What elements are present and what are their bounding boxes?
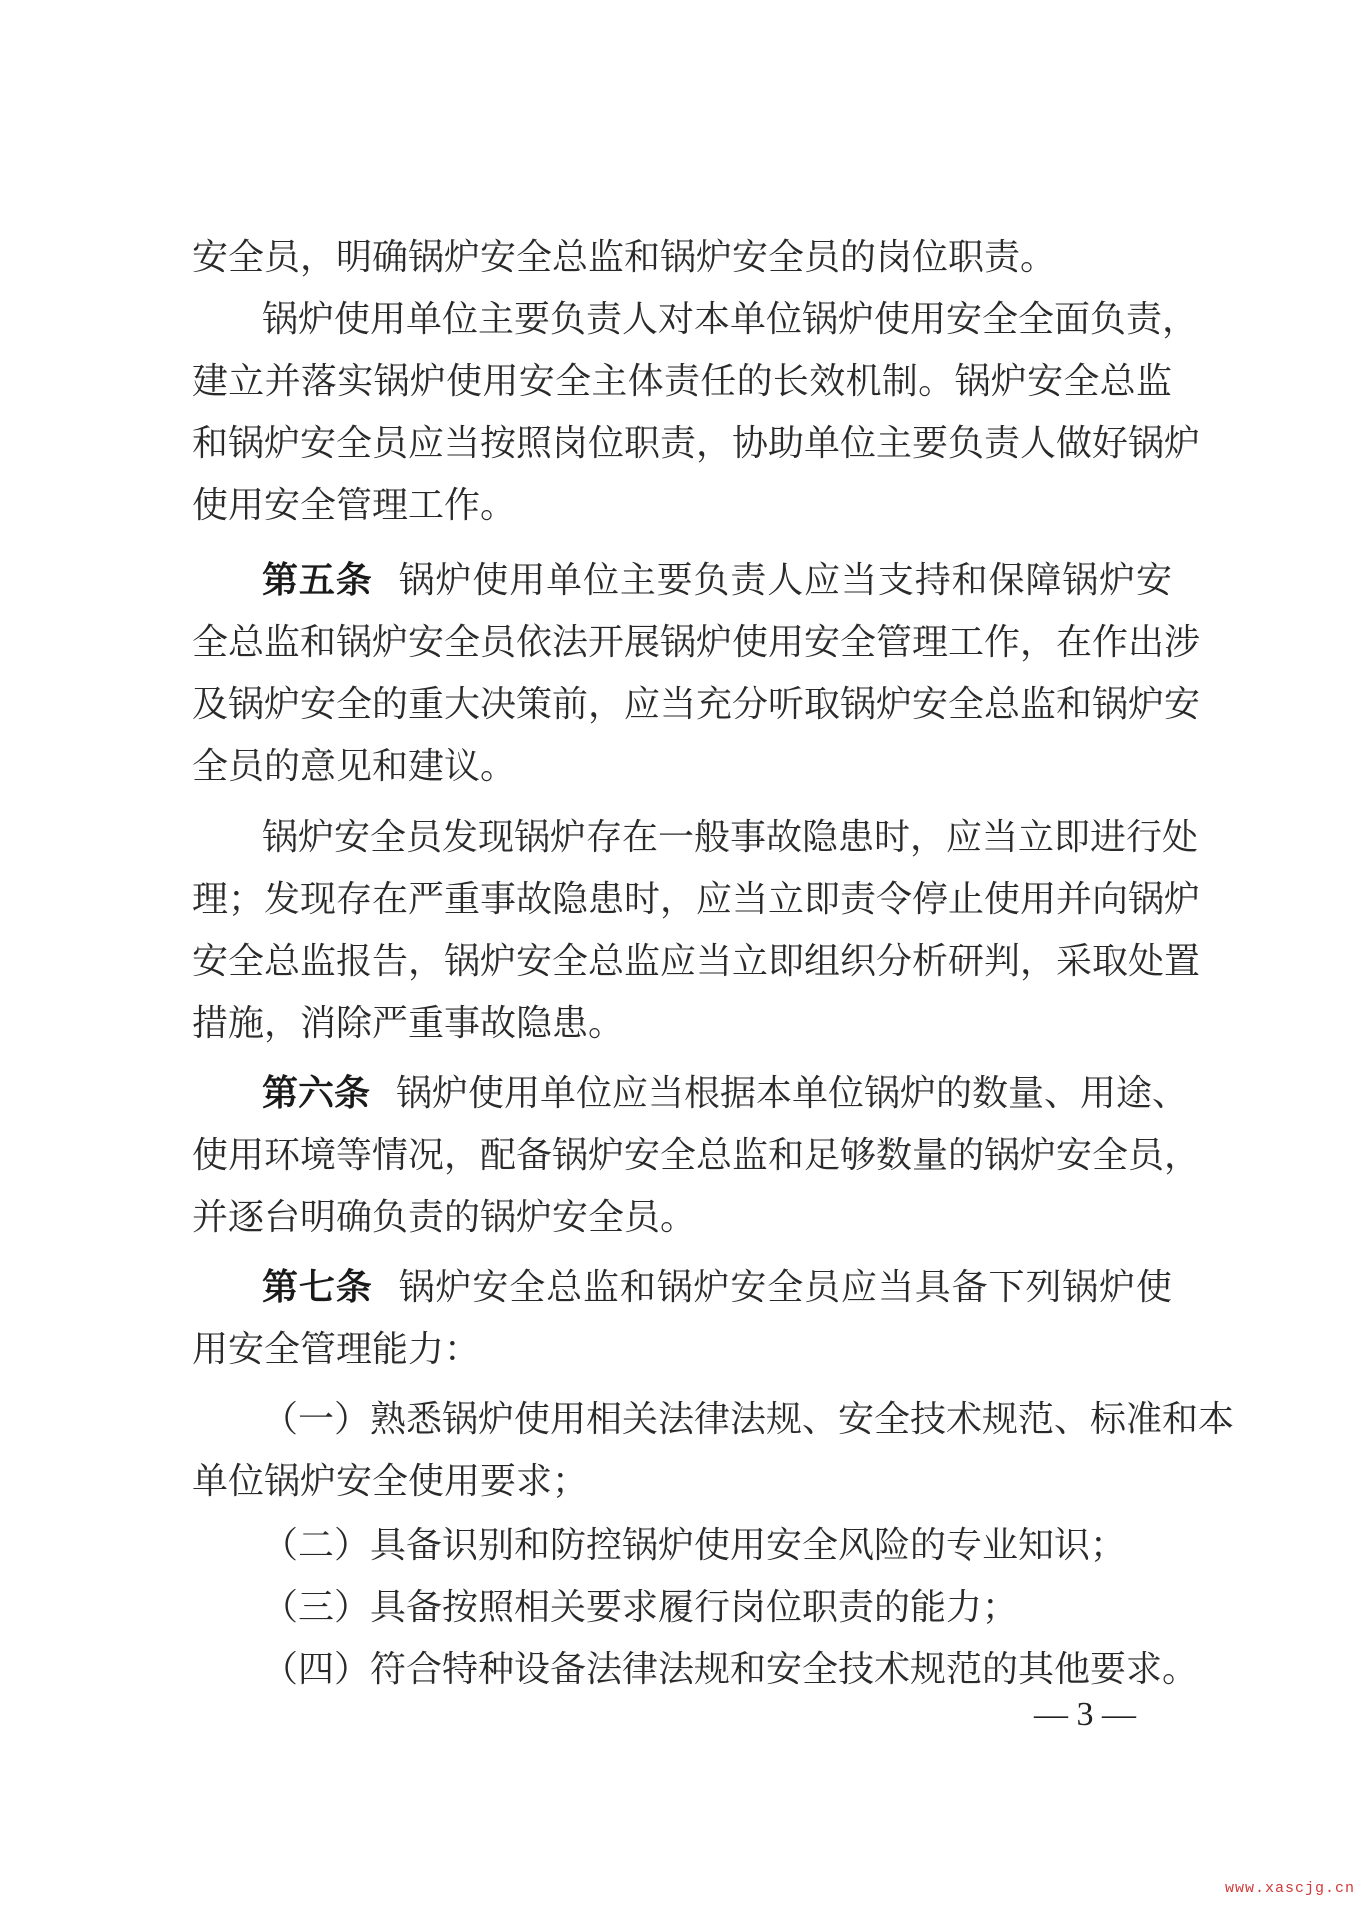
line-text: 锅炉使用单位主要负责人对本单位锅炉使用安全全面负责， xyxy=(262,299,1198,340)
line-text: （一）熟悉锅炉使用相关法律法规、安全技术规范、标准和本 xyxy=(262,1399,1234,1440)
line-text: 全总监和锅炉安全员依法开展锅炉使用安全管理工作，在作出涉 xyxy=(192,622,1200,663)
text-line: 全员的意见和建议。 xyxy=(192,737,1172,797)
line-text: 使用环境等情况，配备锅炉安全总监和足够数量的锅炉安全员， xyxy=(192,1135,1200,1176)
article-heading-line: 第六条锅炉使用单位应当根据本单位锅炉的数量、用途、 xyxy=(262,1064,1172,1124)
line-text: 措施，消除严重事故隐患。 xyxy=(192,1003,624,1044)
line-text: 锅炉使用单位主要负责人应当支持和保障锅炉安 xyxy=(399,560,1172,601)
line-text: 单位锅炉安全使用要求； xyxy=(192,1461,588,1502)
document-page: 安全员，明确锅炉安全总监和锅炉安全员的岗位职责。 锅炉使用单位主要负责人对本单位… xyxy=(0,0,1361,1909)
list-item-line: （二）具备识别和防控锅炉使用安全风险的专业知识； xyxy=(262,1516,1172,1576)
article-heading: 第五条 xyxy=(262,560,373,601)
line-text: （二）具备识别和防控锅炉使用安全风险的专业知识； xyxy=(262,1525,1126,1566)
line-text: 并逐台明确负责的锅炉安全员。 xyxy=(192,1197,696,1238)
text-line: 并逐台明确负责的锅炉安全员。 xyxy=(192,1188,1172,1248)
text-line: 理；发现存在严重事故隐患时，应当立即责令停止使用并向锅炉 xyxy=(192,870,1172,930)
text-line: 和锅炉安全员应当按照岗位职责，协助单位主要负责人做好锅炉 xyxy=(192,414,1172,474)
line-text: 锅炉使用单位应当根据本单位锅炉的数量、用途、 xyxy=(396,1073,1188,1114)
article-heading-line: 第七条锅炉安全总监和锅炉安全员应当具备下列锅炉使 xyxy=(262,1258,1172,1318)
page-number: — 3 — xyxy=(1034,1690,1136,1740)
text-line: 使用安全管理工作。 xyxy=(192,476,1172,536)
text-line: 建立并落实锅炉使用安全主体责任的长效机制。锅炉安全总监 xyxy=(192,352,1172,412)
list-item-line: （一）熟悉锅炉使用相关法律法规、安全技术规范、标准和本 xyxy=(262,1390,1172,1450)
text-line: 措施，消除严重事故隐患。 xyxy=(192,994,1172,1054)
text-line: 安全总监报告，锅炉安全总监应当立即组织分析研判，采取处置 xyxy=(192,932,1172,992)
article-heading: 第七条 xyxy=(262,1267,373,1308)
line-text: 理；发现存在严重事故隐患时，应当立即责令停止使用并向锅炉 xyxy=(192,879,1200,920)
list-item-line: （三）具备按照相关要求履行岗位职责的能力； xyxy=(262,1578,1172,1638)
line-text: 及锅炉安全的重大决策前，应当充分听取锅炉安全总监和锅炉安 xyxy=(192,684,1200,725)
text-line: 及锅炉安全的重大决策前，应当充分听取锅炉安全总监和锅炉安 xyxy=(192,675,1172,735)
line-text: 全员的意见和建议。 xyxy=(192,746,516,787)
text-line: 用安全管理能力： xyxy=(192,1320,1172,1380)
text-line: 单位锅炉安全使用要求； xyxy=(192,1452,1172,1512)
line-text: （三）具备按照相关要求履行岗位职责的能力； xyxy=(262,1587,1018,1628)
text-line: 安全员，明确锅炉安全总监和锅炉安全员的岗位职责。 xyxy=(192,228,1172,288)
line-text: 安全员，明确锅炉安全总监和锅炉安全员的岗位职责。 xyxy=(192,237,1056,278)
article-heading: 第六条 xyxy=(262,1073,370,1114)
line-text: （四）符合特种设备法律法规和安全技术规范的其他要求。 xyxy=(262,1649,1198,1690)
text-line: 使用环境等情况，配备锅炉安全总监和足够数量的锅炉安全员， xyxy=(192,1126,1172,1186)
line-text: 锅炉安全员发现锅炉存在一般事故隐患时，应当立即进行处 xyxy=(262,817,1198,858)
line-text: 和锅炉安全员应当按照岗位职责，协助单位主要负责人做好锅炉 xyxy=(192,423,1200,464)
line-text: 建立并落实锅炉使用安全主体责任的长效机制。锅炉安全总监 xyxy=(192,361,1172,402)
line-text: 使用安全管理工作。 xyxy=(192,485,516,526)
line-text: 安全总监报告，锅炉安全总监应当立即组织分析研判，采取处置 xyxy=(192,941,1200,982)
line-text: 用安全管理能力： xyxy=(192,1329,480,1370)
text-line: 锅炉使用单位主要负责人对本单位锅炉使用安全全面负责， xyxy=(262,290,1172,350)
text-line: 锅炉安全员发现锅炉存在一般事故隐患时，应当立即进行处 xyxy=(262,808,1172,868)
watermark: www.xascjg.cn xyxy=(1225,1880,1355,1897)
text-line: 全总监和锅炉安全员依法开展锅炉使用安全管理工作，在作出涉 xyxy=(192,613,1172,673)
article-heading-line: 第五条锅炉使用单位主要负责人应当支持和保障锅炉安 xyxy=(262,551,1172,611)
line-text: 锅炉安全总监和锅炉安全员应当具备下列锅炉使 xyxy=(399,1267,1172,1308)
